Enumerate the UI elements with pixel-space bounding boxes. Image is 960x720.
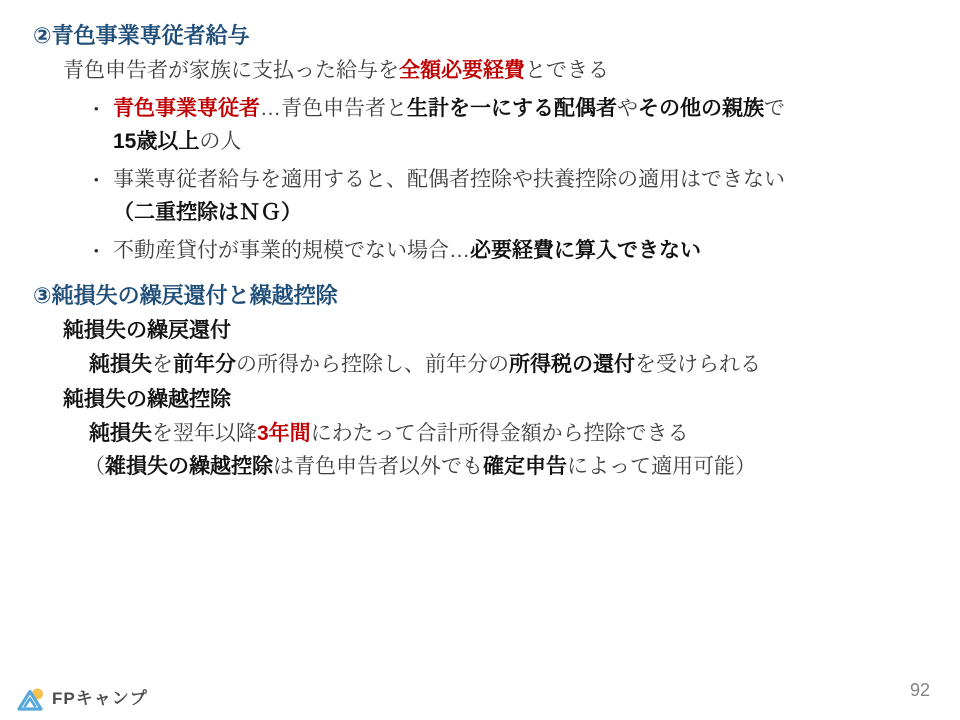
highlighted-red-text: 全額必要経費 [399,59,525,82]
text-line: 純損失の繰戻還付 [63,314,960,347]
emphasized-text: 生計を一にする配偶者 [407,97,617,120]
section-heading: ③純損失の繰戻還付と繰越控除 [0,279,960,312]
bullet-icon: • [94,163,99,196]
text-line: 事業専従者給与を適用すると、配偶者控除や扶養控除の適用はできない [113,163,960,196]
lead-line: 青色申告者が家族に支払った給与を全額必要経費とできる [0,54,960,87]
emphasized-text: 15歳以上 [113,130,199,153]
text-line: （雑損失の繰越控除は青色申告者以外でも確定申告によって適用可能） [84,450,960,483]
text-line: 純損失を翌年以降3年間にわたって合計所得金額から控除できる [89,417,960,450]
section-1: ②青色事業専従者給与青色申告者が家族に支払った給与を全額必要経費とできる•青色事… [0,19,960,267]
logo-text: FPキャンプ [52,686,148,712]
text-line: 純損失を前年分の所得から控除し、前年分の所得税の還付を受けられる [89,348,960,381]
bullet-icon: • [94,234,99,267]
plain-text: にわたって合計所得金額から控除できる [311,422,689,445]
plain-text: によって適用可能） [567,455,756,478]
plain-text: 不動産貸付が事業的規模でない場合… [113,239,470,262]
detail-line: 純損失を翌年以降3年間にわたって合計所得金額から控除できる [0,417,960,450]
plain-text: を [152,353,173,376]
emphasized-text: 純損失 [89,422,152,445]
plain-text: 事業専従者給与を適用すると、配偶者控除や扶養控除の適用はできない [113,168,785,191]
section-2: ③純損失の繰戻還付と繰越控除純損失の繰戻還付純損失を前年分の所得から控除し、前年… [0,279,960,483]
fp-camp-logo: FPキャンプ [16,686,148,712]
emphasized-text: 前年分 [173,353,236,376]
plain-text: の所得から控除し、前年分の [236,353,509,376]
bullet-item: •事業専従者給与を適用すると、配偶者控除や扶養控除の適用はできない（二重控除はＮ… [0,163,960,229]
highlighted-red-text: 3年間 [257,422,311,445]
sub-heading: 純損失の繰戻還付 [0,314,960,347]
emphasized-text: 所得税の還付 [509,353,635,376]
slide-content: ②青色事業専従者給与青色申告者が家族に支払った給与を全額必要経費とできる•青色事… [0,0,960,483]
plain-text: を受けられる [635,353,761,376]
plain-text: は青色申告者以外でも [273,455,483,478]
emphasized-text: （二重控除はＮＧ） [113,201,302,224]
bullet-item: •不動産貸付が事業的規模でない場合…必要経費に算入できない [0,234,960,267]
plain-text: を翌年以降 [152,422,257,445]
emphasized-text: 必要経費に算入できない [470,239,701,262]
emphasized-text: 純損失 [89,353,152,376]
mountain-sun-logo-icon [16,686,47,712]
emphasized-text: 雑損失の繰越控除 [105,455,273,478]
text-line: 15歳以上の人 [113,125,960,158]
plain-text: …青色申告者と [260,97,407,120]
text-line: （二重控除はＮＧ） [113,196,960,229]
plain-text: で [764,97,785,120]
plain-text: や [617,97,638,120]
plain-text: （ [84,455,105,478]
presentation-slide: ②青色事業専従者給与青色申告者が家族に支払った給与を全額必要経費とできる•青色事… [0,0,960,720]
text-line: 不動産貸付が事業的規模でない場合…必要経費に算入できない [113,234,960,267]
highlighted-red-text: 青色事業専従者 [113,97,260,120]
detail-line: 純損失を前年分の所得から控除し、前年分の所得税の還付を受けられる [0,348,960,381]
emphasized-text: 純損失の繰戻還付 [63,319,231,342]
bullet-item: •青色事業専従者…青色申告者と生計を一にする配偶者やその他の親族で15歳以上の人 [0,92,960,158]
emphasized-text: 純損失の繰越控除 [63,388,231,411]
plain-text: 青色申告者が家族に支払った給与を [63,59,399,82]
section-heading: ②青色事業専従者給与 [0,19,960,52]
text-line: 青色事業専従者…青色申告者と生計を一にする配偶者やその他の親族で [113,92,960,125]
bullet-icon: • [94,92,99,125]
sub-heading: 純損失の繰越控除 [0,383,960,416]
note-line: （雑損失の繰越控除は青色申告者以外でも確定申告によって適用可能） [0,450,960,483]
emphasized-text: 確定申告 [483,455,567,478]
text-line: 純損失の繰越控除 [63,383,960,416]
plain-text: の人 [199,130,241,153]
emphasized-text: その他の親族 [638,97,764,120]
plain-text: とできる [525,59,609,82]
page-number: 92 [910,679,930,701]
text-line: 青色申告者が家族に支払った給与を全額必要経費とできる [63,54,960,87]
